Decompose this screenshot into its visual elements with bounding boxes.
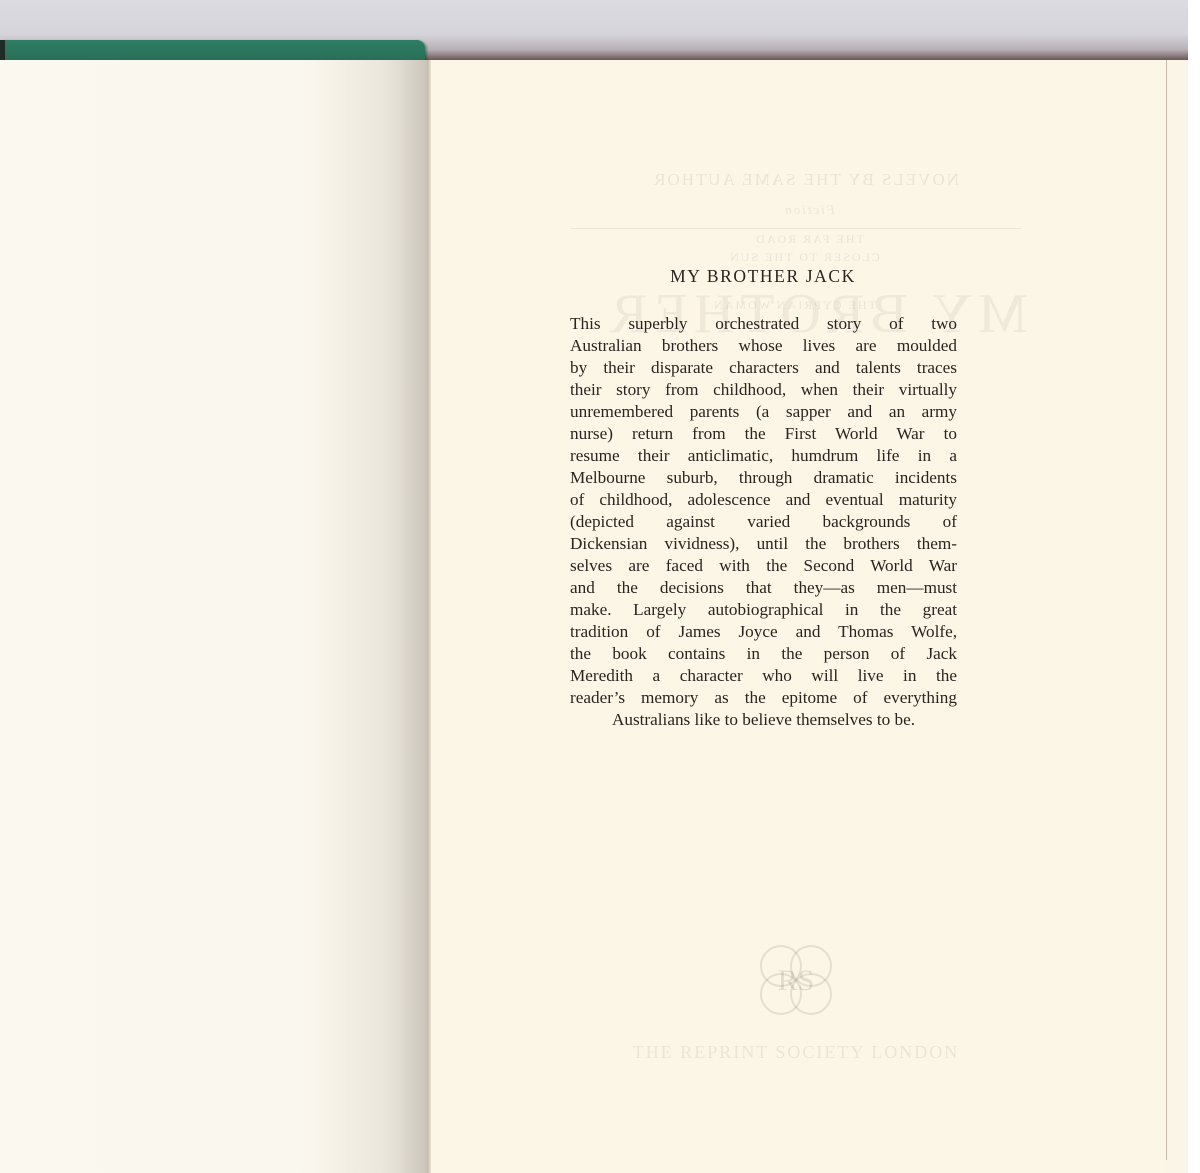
bleed-through-subheading: Fiction <box>709 202 909 218</box>
publisher-logo-icon: RS <box>751 940 841 1020</box>
logo-monogram: RS <box>778 964 815 997</box>
bleed-through-item-2: CLOSER TO THE SUN <box>679 250 929 265</box>
bleed-through-publisher: THE REPRINT SOCIETY LONDON <box>581 1042 1011 1063</box>
blurb-line: Dickensian vividness), until the brother… <box>570 533 957 555</box>
blurb-line: their story from childhood, when their v… <box>570 379 957 401</box>
book-blurb: This superbly orchestrated story of two … <box>570 313 957 731</box>
blurb-line: selves are faced with the Second World W… <box>570 555 957 577</box>
blurb-line: (depicted against varied backgrounds of <box>570 511 957 533</box>
page-edge-strip <box>1167 60 1188 1173</box>
left-endpaper <box>0 60 428 1173</box>
bleed-through-rule <box>571 228 1021 229</box>
blurb-line: the book contains in the person of Jack <box>570 643 957 665</box>
blurb-line: nurse) return from the First World War t… <box>570 423 957 445</box>
book-cover-cloth-edge <box>0 40 425 60</box>
blurb-line: unremembered parents (a sapper and an ar… <box>570 401 957 423</box>
blurb-line: Australian brothers whose lives are moul… <box>570 335 957 357</box>
blurb-line: This superbly orchestrated story of two <box>570 313 957 335</box>
page-crease-shadow <box>314 60 428 1173</box>
blurb-line: Melbourne suburb, through dramatic incid… <box>570 467 957 489</box>
book-title: MY BROTHER JACK <box>570 266 956 287</box>
blurb-line: tradition of James Joyce and Thomas Wolf… <box>570 621 957 643</box>
blurb-line: and the decisions that they—as men—must <box>570 577 957 599</box>
blurb-line-last: Australians like to believe themselves t… <box>570 709 957 731</box>
bleed-through-heading: NOVELS BY THE SAME AUTHOR <box>659 170 959 190</box>
right-page: NOVELS BY THE SAME AUTHOR Fiction THE FA… <box>431 60 1188 1173</box>
blurb-line: Meredith a character who will live in th… <box>570 665 957 687</box>
blurb-line: make. Largely autobiographical in the gr… <box>570 599 957 621</box>
blurb-line: by their disparate characters and talent… <box>570 357 957 379</box>
blurb-line: resume their anticlimatic, humdrum life … <box>570 445 957 467</box>
bleed-through-item-1: THE FAR ROAD <box>709 232 909 247</box>
blurb-line: of childhood, adolescence and eventual m… <box>570 489 957 511</box>
blurb-line: reader’s memory as the epitome of everyt… <box>570 687 957 709</box>
